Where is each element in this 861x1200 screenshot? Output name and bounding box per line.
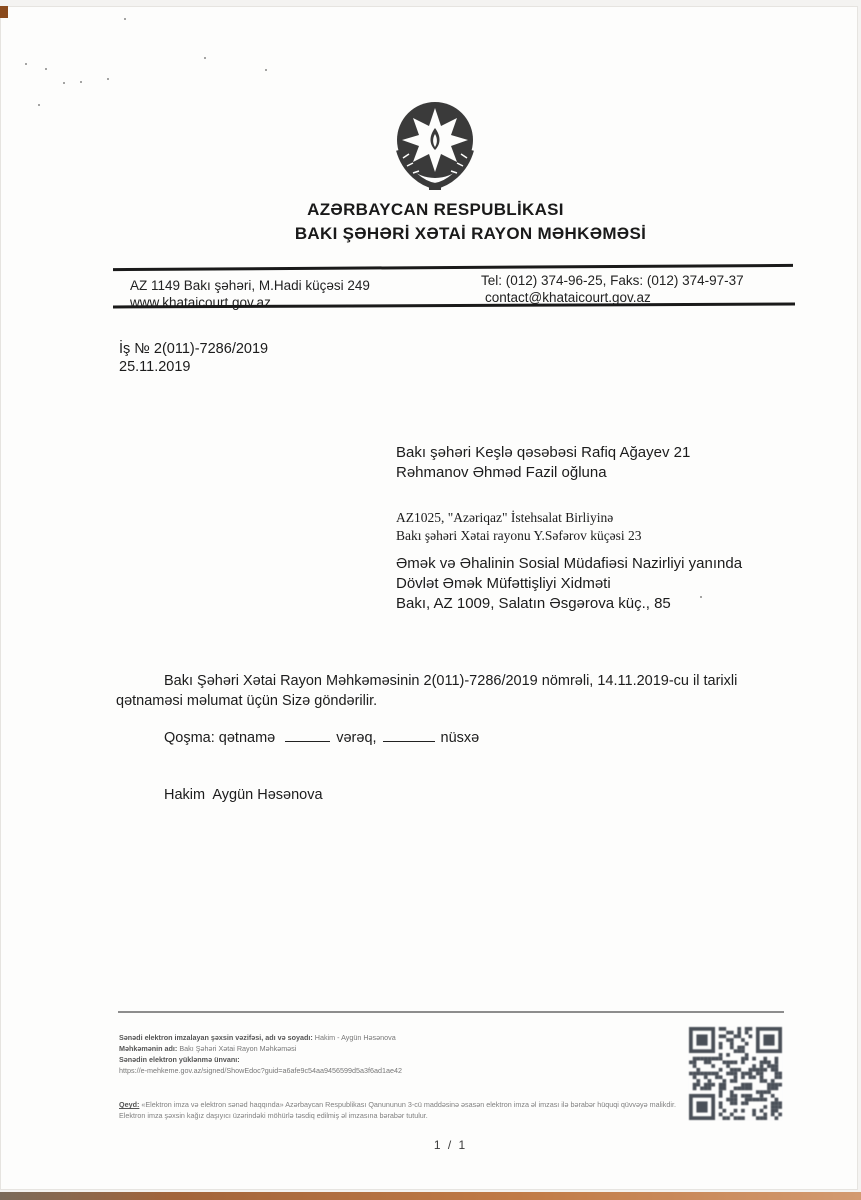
body-paragraph: Bakı Şəhəri Xətai Rayon Məhkəməsinin 2(0… bbox=[116, 671, 784, 711]
judge-signature: Hakim Aygün Həsənova bbox=[164, 787, 323, 803]
scan-edge bbox=[0, 6, 8, 18]
recipient-line: Bakı şəhəri Xətai rayonu Y.Səfərov küçəs… bbox=[396, 527, 642, 545]
signer-value: Hakim - Aygün Həsənova bbox=[315, 1033, 396, 1042]
recipient-line: Əmək və Əhalinin Sosial Müdafiəsi Nazirl… bbox=[396, 554, 742, 574]
court-name-label: Məhkəmənin adı: bbox=[119, 1044, 177, 1053]
recipient-line: AZ1025, "Azəriqaz" İstehsalat Birliyinə bbox=[396, 509, 642, 527]
recipient-line: Dövlət Əmək Müfəttişliyi Xidməti bbox=[396, 574, 742, 594]
recipient-line: Bakı şəhəri Keşlə qəsəbəsi Rafiq Ağayev … bbox=[396, 443, 690, 463]
attachment-copies: nüsxə bbox=[441, 730, 480, 746]
footer-divider bbox=[118, 1011, 784, 1013]
copies-blank bbox=[383, 729, 435, 742]
sheets-blank bbox=[285, 729, 330, 742]
case-info: İş № 2(011)-7286/2019 25.11.2019 bbox=[119, 340, 268, 376]
page-number: 1 / 1 bbox=[0, 1138, 861, 1152]
recipient-line: Bakı, AZ 1009, Salatın Əsgərova küç., 85 bbox=[396, 594, 742, 614]
recipient-block: AZ1025, "Azəriqaz" İstehsalat Birliyinə … bbox=[396, 509, 642, 545]
court-name-value: Bakı Şəhəri Xətai Rayon Məhkəməsi bbox=[179, 1044, 296, 1053]
court-website[interactable]: www.khataicourt.gov.az bbox=[130, 294, 370, 311]
download-url[interactable]: https://e-mehkeme.gov.az/signed/ShowEdoc… bbox=[119, 1065, 679, 1076]
note-label: Qeyd: bbox=[119, 1100, 139, 1109]
court-title: BAKI ŞƏHƏRİ XƏTAİ RAYON MƏHKƏMƏSİ bbox=[0, 224, 861, 244]
recipient-line: Rəhmanov Əhməd Fazil oğluna bbox=[396, 463, 690, 483]
qr-code-icon[interactable] bbox=[689, 1027, 782, 1120]
recipient-block: Bakı şəhəri Keşlə qəsəbəsi Rafiq Ağayev … bbox=[396, 443, 690, 483]
download-url-label: Sənədin elektron yüklənmə ünvanı: bbox=[119, 1055, 240, 1064]
azerbaijan-state-emblem-icon bbox=[393, 98, 477, 194]
scan-edge-bottom bbox=[0, 1192, 861, 1200]
signer-label: Sənədi elektron imzalayan şəxsin vəzifəs… bbox=[119, 1033, 313, 1042]
note-text: «Elektron imza və elektron sənəd haqqınd… bbox=[119, 1100, 676, 1120]
case-date: 25.11.2019 bbox=[119, 358, 268, 376]
attachment-sheets: vərəq, bbox=[336, 730, 376, 746]
court-phone-fax: Tel: (012) 374-96-25, Faks: (012) 374-97… bbox=[481, 272, 744, 289]
country-title: AZƏRBAYCAN RESPUBLİKASI bbox=[0, 200, 861, 220]
court-address: AZ 1149 Bakı şəhəri, M.Hadi küçəsi 249 bbox=[130, 277, 370, 294]
legal-note: Qeyd: «Elektron imza və elektron sənəd h… bbox=[119, 1099, 684, 1121]
recipient-block: Əmək və Əhalinin Sosial Müdafiəsi Nazirl… bbox=[396, 554, 742, 614]
case-number: İş № 2(011)-7286/2019 bbox=[119, 340, 268, 358]
court-contact-right: Tel: (012) 374-96-25, Faks: (012) 374-97… bbox=[481, 272, 744, 306]
attachment-line: Qoşma: qətnaməvərəq,nüsxə bbox=[164, 729, 479, 746]
attachment-label: Qoşma: qətnamə bbox=[164, 730, 275, 746]
e-signature-info: Sənədi elektron imzalayan şəxsin vəzifəs… bbox=[119, 1032, 679, 1076]
